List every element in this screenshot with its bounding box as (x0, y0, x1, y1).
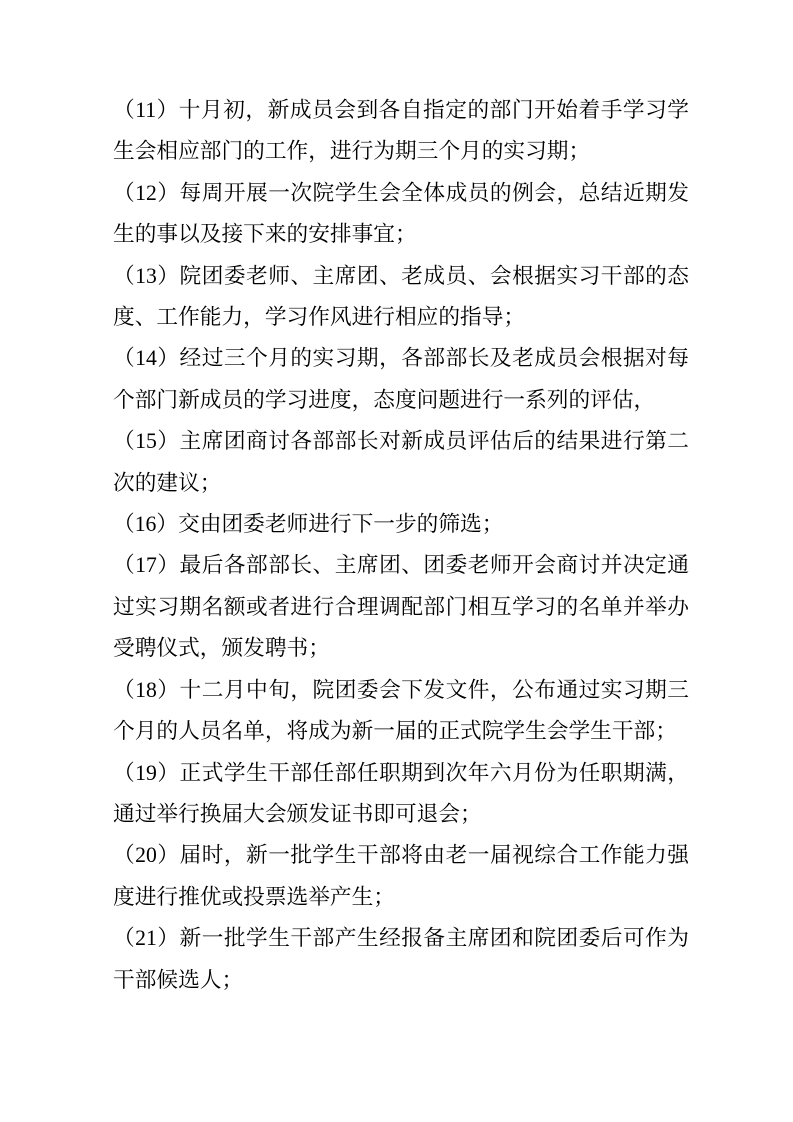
document-body: （11）十月初，新成员会到各自指定的部门开始着手学习学生会相应部门的工作，进行为… (113, 90, 689, 1001)
list-item-14: （14）经过三个月的实习期，各部部长及老成员会根据对每个部门新成员的学习进度，态… (113, 338, 689, 421)
list-item-20: （20）届时，新一批学生干部将由老一届视综合工作能力强度进行推优或投票选举产生； (113, 835, 689, 918)
list-item-21: （21）新一批学生干部产生经报备主席团和院团委后可作为干部候选人； (113, 918, 689, 1001)
list-item-13: （13）院团委老师、主席团、老成员、会根据实习干部的态度、工作能力，学习作风进行… (113, 256, 689, 339)
document-page: （11）十月初，新成员会到各自指定的部门开始着手学习学生会相应部门的工作，进行为… (0, 0, 793, 1122)
list-item-19: （19）正式学生干部任部任职期到次年六月份为任职期满，通过举行换届大会颁发证书即… (113, 753, 689, 836)
list-item-12: （12）每周开展一次院学生会全体成员的例会，总结近期发生的事以及接下来的安排事宜… (113, 173, 689, 256)
list-item-18: （18）十二月中旬，院团委会下发文件，公布通过实习期三个月的人员名单，将成为新一… (113, 670, 689, 753)
list-item-16: （16）交由团委老师进行下一步的筛选； (113, 504, 689, 545)
list-item-11: （11）十月初，新成员会到各自指定的部门开始着手学习学生会相应部门的工作，进行为… (113, 90, 689, 173)
list-item-15: （15）主席团商讨各部部长对新成员评估后的结果进行第二次的建议； (113, 421, 689, 504)
list-item-17: （17）最后各部部长、主席团、团委老师开会商讨并决定通过实习期名额或者进行合理调… (113, 545, 689, 669)
